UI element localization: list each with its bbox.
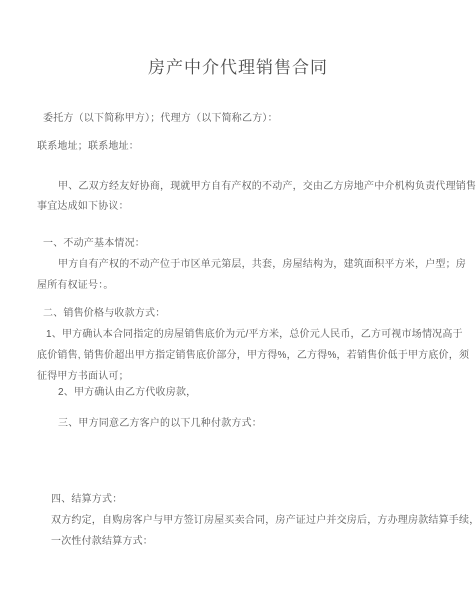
document-title: 房产中介代理销售合同 — [0, 53, 476, 78]
line-clause1-part1: 1、甲方确认本合同指定的房屋销售底价为元/平方米，总价元人民币，乙方可视市场情况… — [46, 328, 463, 341]
line-section2-heading: 二、销售价格与收款方式： — [43, 307, 165, 320]
line-preamble-2: 事宜达成如下协议： — [37, 200, 129, 213]
line-settlement-method: 一次性付款结算方式： — [51, 535, 153, 548]
line-property-desc-2: 屋所有权证号：。 — [37, 279, 114, 292]
line-section4-heading: 四、结算方式： — [51, 493, 122, 506]
line-parties: 委托方（以下简称甲方）；代理方（以下简称乙方）： — [43, 112, 278, 125]
line-preamble-1: 甲、乙双方经友好协商，现就甲方自有产权的不动产，交由乙方房地产中介机构负责代理销… — [58, 180, 476, 193]
contract-document-page: 房产中介代理销售合同 委托方（以下简称甲方）；代理方（以下简称乙方）： 联系地址… — [0, 0, 476, 616]
line-clause1-part3: 征得甲方书面认可； — [37, 370, 129, 383]
line-section1-heading: 一、不动产基本情况： — [43, 237, 145, 250]
line-property-desc-1: 甲方自有产权的不动产位于市区单元第层，共套，房屋结构为，建筑面积平方米，户型；房 — [58, 258, 466, 271]
line-clause2: 2、甲方确认由乙方代收房款， — [58, 386, 196, 399]
line-section3-heading: 三、甲方同意乙方客户的以下几种付款方式： — [58, 417, 262, 430]
line-clause1-part2: 底价销售, 销售价超出甲方指定销售底价部分，甲方得%，乙方得%，若销售价低于甲方… — [37, 349, 469, 362]
line-settlement-desc: 双方约定，自购房客户与甲方签订房屋买卖合同，房产证过户并交房后，方办理房款结算手… — [51, 514, 476, 527]
line-contact-address: 联系地址；联系地址： — [37, 140, 139, 153]
